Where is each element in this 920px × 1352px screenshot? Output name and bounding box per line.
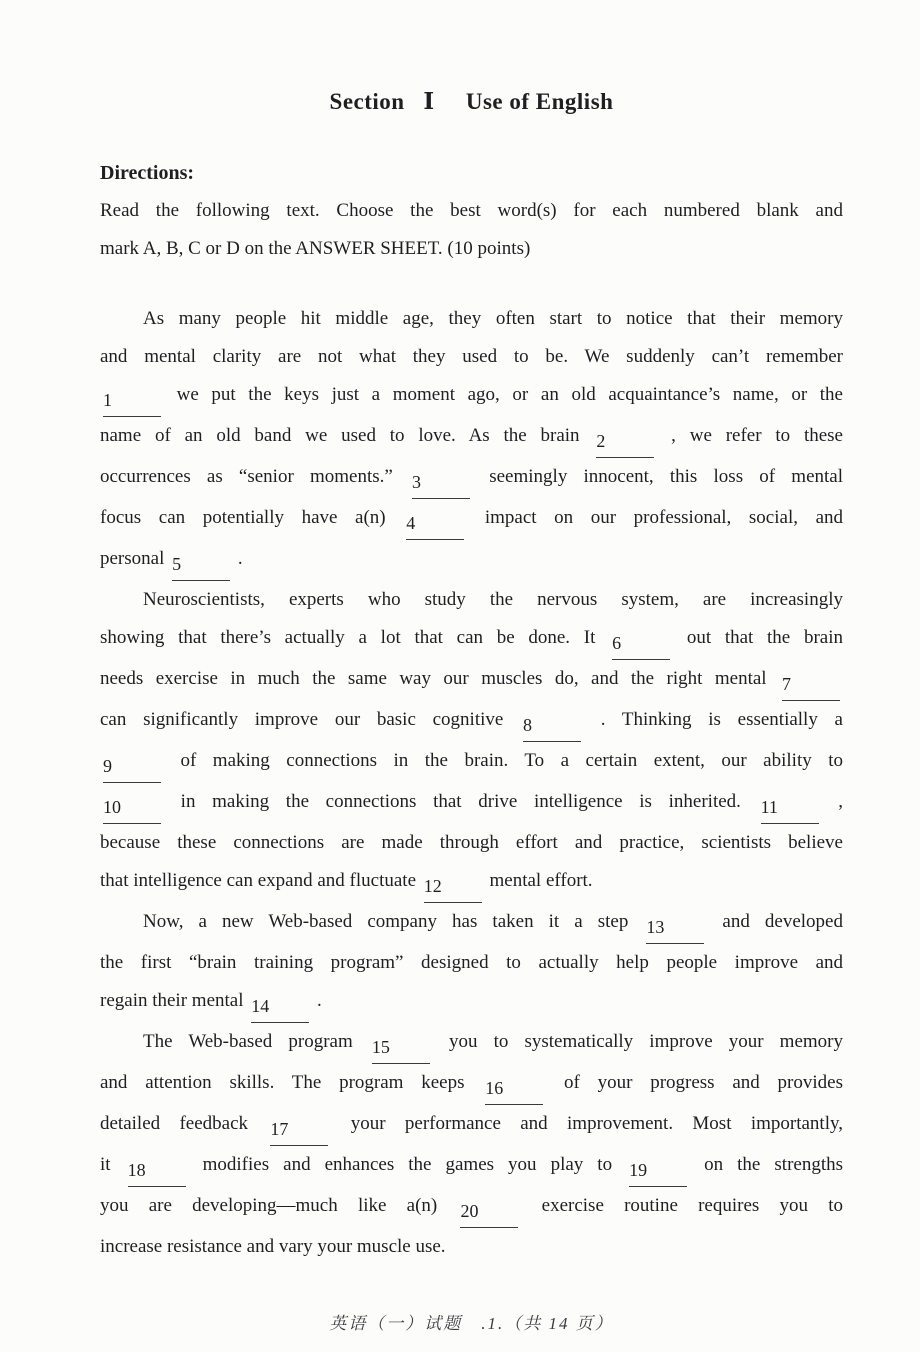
text-line: increase resistance and vary your muscle… bbox=[100, 1228, 843, 1266]
cloze-blank-9: 9 bbox=[103, 756, 161, 783]
text-line: can significantly improve our basic cogn… bbox=[100, 701, 843, 742]
text-line: 1 we put the keys just a moment ago, or … bbox=[100, 376, 843, 417]
cloze-blank-3: 3 bbox=[412, 472, 470, 499]
cloze-blank-17: 17 bbox=[270, 1119, 328, 1146]
page-footer: 英语（一）试题 .1.（共 14 页） bbox=[100, 1312, 843, 1336]
text-line: As many people hit middle age, they ofte… bbox=[100, 300, 843, 338]
cloze-blank-5: 5 bbox=[172, 554, 230, 581]
text-line: detailed feedback 17 your performance an… bbox=[100, 1105, 843, 1146]
cloze-blank-14: 14 bbox=[251, 996, 309, 1023]
cloze-blank-1: 1 bbox=[103, 390, 161, 417]
text-line: needs exercise in much the same way our … bbox=[100, 660, 843, 701]
text-line: regain their mental 14 . bbox=[100, 982, 843, 1023]
text-line: and mental clarity are not what they use… bbox=[100, 338, 843, 376]
text-line: it 18 modifies and enhances the games yo… bbox=[100, 1146, 843, 1187]
text-line: and attention skills. The program keeps … bbox=[100, 1064, 843, 1105]
cloze-blank-12: 12 bbox=[424, 876, 482, 903]
text-line: that intelligence can expand and fluctua… bbox=[100, 862, 843, 903]
text-line: name of an old band we used to love. As … bbox=[100, 417, 843, 458]
text-line: personal 5 . bbox=[100, 540, 843, 581]
text-line: you are developing—much like a(n) 20 exe… bbox=[100, 1187, 843, 1228]
text-line: mark A, B, C or D on the ANSWER SHEET. (… bbox=[100, 230, 843, 268]
cloze-blank-11: 11 bbox=[761, 797, 819, 824]
directions-label: Directions: bbox=[100, 154, 843, 192]
text-line: The Web-based program 15 you to systemat… bbox=[100, 1023, 843, 1064]
directions-text: Read the following text. Choose the best… bbox=[100, 192, 843, 268]
passage-text: As many people hit middle age, they ofte… bbox=[100, 300, 843, 1266]
text-line: showing that there’s actually a lot that… bbox=[100, 619, 843, 660]
cloze-blank-2: 2 bbox=[596, 431, 654, 458]
cloze-blank-16: 16 bbox=[485, 1078, 543, 1105]
text-line: occurrences as “senior moments.” 3 seemi… bbox=[100, 458, 843, 499]
cloze-blank-7: 7 bbox=[782, 674, 840, 701]
text-line: the first “brain training program” desig… bbox=[100, 944, 843, 982]
text-line: 10 in making the connections that drive … bbox=[100, 783, 843, 824]
text-line: focus can potentially have a(n) 4 impact… bbox=[100, 499, 843, 540]
text-line: Neuroscientists, experts who study the n… bbox=[100, 581, 843, 619]
exam-page: Section Ⅰ Use of English Directions: Rea… bbox=[0, 0, 920, 1352]
cloze-blank-10: 10 bbox=[103, 797, 161, 824]
cloze-blank-18: 18 bbox=[128, 1160, 186, 1187]
cloze-blank-19: 19 bbox=[629, 1160, 687, 1187]
text-line: Now, a new Web-based company has taken i… bbox=[100, 903, 843, 944]
cloze-blank-13: 13 bbox=[646, 917, 704, 944]
cloze-blank-20: 20 bbox=[460, 1201, 518, 1228]
text-line: because these connections are made throu… bbox=[100, 824, 843, 862]
cloze-blank-4: 4 bbox=[406, 513, 464, 540]
cloze-blank-15: 15 bbox=[372, 1037, 430, 1064]
cloze-blank-6: 6 bbox=[612, 633, 670, 660]
text-line: Read the following text. Choose the best… bbox=[100, 192, 843, 230]
cloze-blank-8: 8 bbox=[523, 715, 581, 742]
text-line: 9 of making connections in the brain. To… bbox=[100, 742, 843, 783]
section-title: Section Ⅰ Use of English bbox=[100, 0, 843, 118]
